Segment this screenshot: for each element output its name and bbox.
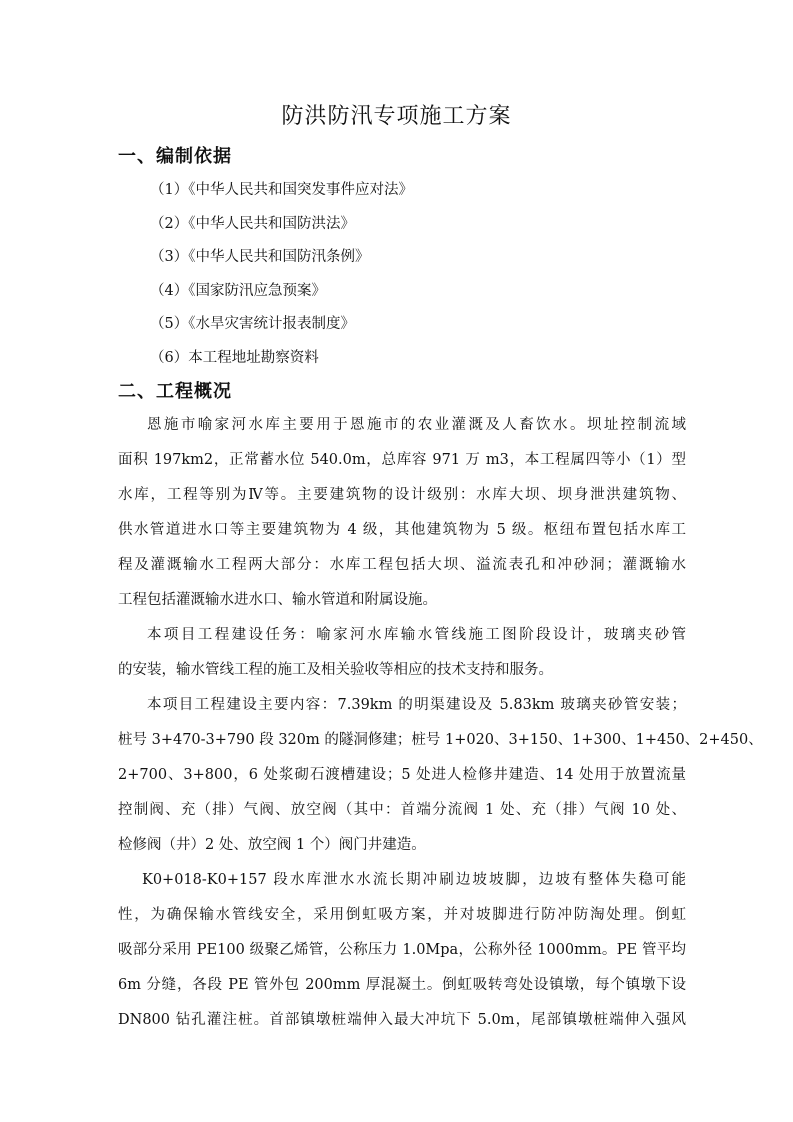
paragraph-line: 水库，工程等别为Ⅳ等。主要建筑物的设计级别：水库大坝、坝身泄洪建筑物、 (118, 483, 686, 518)
paragraph-line: 性，为确保输水管线安全，采用倒虹吸方案，并对坡脚进行防冲防淘处理。倒虹 (118, 903, 686, 938)
paragraph-line: 本项目工程建设主要内容：7.39km 的明渠建设及 5.83km 玻璃夹砂管安装… (118, 693, 686, 728)
reference-item: （4）《国家防汛应急预案》 (150, 279, 413, 313)
reference-item: （3）《中华人民共和国防汛条例》 (150, 245, 413, 279)
reference-item: （2）《中华人民共和国防洪法》 (150, 212, 413, 246)
paragraph-line: 吸部分采用 PE100 级聚乙烯管，公称压力 1.0Mpa，公称外径 1000m… (118, 938, 686, 973)
document-page: 防洪防汛专项施工方案 一、编制依据 （1）《中华人民共和国突发事件应对法》 （2… (0, 0, 793, 1122)
paragraph-line: 供水管道进水口等主要建筑物为 4 级，其他建筑物为 5 级。枢纽布置包括水库工 (118, 518, 686, 553)
reference-item: （1）《中华人民共和国突发事件应对法》 (150, 178, 413, 212)
paragraph-construction-task: 本项目工程建设任务：喻家河水库输水管线施工图阶段设计，玻璃夹砂管 的安装，输水管… (118, 623, 686, 693)
section-heading-overview: 二、工程概况 (118, 379, 232, 405)
paragraph-line: DN800 钻孔灌注桩。首部镇墩桩端伸入最大冲坑下 5.0m，尾部镇墩桩端伸入强… (118, 1008, 686, 1043)
paragraph-line: 工程包括灌溉输水进水口、输水管道和附属设施。 (118, 588, 686, 623)
section-heading-basis: 一、编制依据 (118, 144, 232, 170)
paragraph-reservoir-overview: 恩施市喻家河水库主要用于恩施市的农业灌溉及人畜饮水。坝址控制流域 面积 197k… (118, 413, 686, 623)
paragraph-inverted-siphon: K0+018-K0+157 段水库泄水水流长期冲刷边坡坡脚，边坡有整体失稳可能 … (118, 868, 686, 1043)
paragraph-line: 控制阀、充（排）气阀、放空阀（其中：首端分流阀 1 处、充（排）气阀 10 处、 (118, 798, 686, 833)
paragraph-line: 面积 197km2，正常蓄水位 540.0m，总库容 971 万 m3，本工程属… (118, 448, 686, 483)
paragraph-line: K0+018-K0+157 段水库泄水水流长期冲刷边坡坡脚，边坡有整体失稳可能 (118, 868, 686, 903)
reference-item: （5）《水旱灾害统计报表制度》 (150, 312, 413, 346)
document-title: 防洪防汛专项施工方案 (0, 101, 793, 133)
paragraph-line: 恩施市喻家河水库主要用于恩施市的农业灌溉及人畜饮水。坝址控制流域 (118, 413, 686, 448)
paragraph-line: 程及灌溉输水工程两大部分：水库工程包括大坝、溢流表孔和冲砂洞；灌溉输水 (118, 553, 686, 588)
paragraph-line: 检修阀（井）2 处、放空阀 1 个）阀门井建造。 (118, 833, 686, 868)
paragraph-line: 2+700、3+800，6 处浆砌石渡槽建设；5 处进人检修井建造、14 处用于… (118, 763, 686, 798)
paragraph-main-content: 本项目工程建设主要内容：7.39km 的明渠建设及 5.83km 玻璃夹砂管安装… (118, 693, 686, 868)
reference-item: （6）本工程地址勘察资料 (150, 346, 413, 380)
paragraph-line: 本项目工程建设任务：喻家河水库输水管线施工图阶段设计，玻璃夹砂管 (118, 623, 686, 658)
paragraph-line: 桩号 3+470-3+790 段 320m 的隧洞修建；桩号 1+020、3+1… (118, 728, 686, 763)
reference-list: （1）《中华人民共和国突发事件应对法》 （2）《中华人民共和国防洪法》 （3）《… (150, 178, 413, 380)
paragraph-line: 6m 分缝，各段 PE 管外包 200mm 厚混凝土。倒虹吸转弯处设镇墩，每个镇… (118, 973, 686, 1008)
paragraph-line: 的安装，输水管线工程的施工及相关验收等相应的技术支持和服务。 (118, 658, 686, 693)
